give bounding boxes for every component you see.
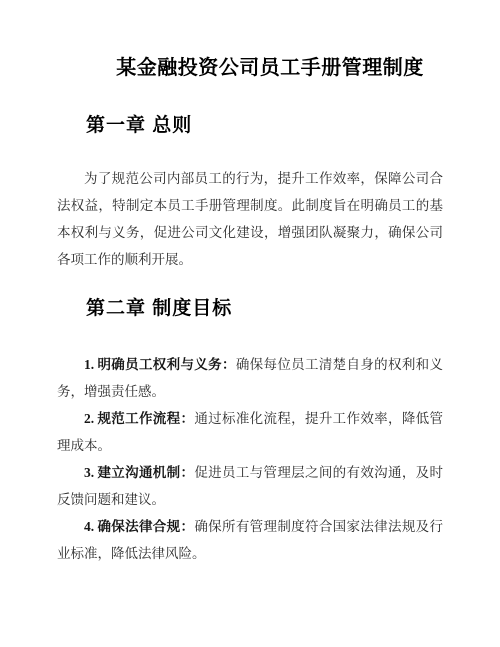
document-title: 某金融投资公司员工手册管理制度	[57, 56, 443, 80]
goal-list: 1.明确员工权利与义务：确保每位员工清楚自身的权利和义务，增强责任感。 2.规范…	[57, 351, 443, 567]
goal-item-4: 4.确保法律合规：确保所有管理制度符合国家法律法规及行业标准，降低法律风险。	[57, 513, 443, 567]
item-number: 1.	[84, 357, 94, 372]
goal-item-2: 2.规范工作流程：通过标准化流程，提升工作效率，降低管理成本。	[57, 405, 443, 459]
chapter-1-paragraph: 为了规范公司内部员工的行为，提升工作效率，保障公司合法权益，特制定本员工手册管理…	[57, 165, 443, 273]
chapter-heading-2: 第二章 制度目标	[57, 298, 443, 319]
item-label: 规范工作流程：	[97, 411, 194, 426]
item-number: 2.	[84, 411, 94, 426]
item-number: 4.	[84, 519, 94, 534]
item-label: 建立沟通机制：	[97, 465, 194, 480]
item-number: 3.	[84, 465, 94, 480]
goal-item-1: 1.明确员工权利与义务：确保每位员工清楚自身的权利和义务，增强责任感。	[57, 351, 443, 405]
chapter-heading-1: 第一章 总则	[57, 115, 443, 136]
item-label: 确保法律合规：	[97, 519, 194, 534]
item-label: 明确员工权利与义务：	[97, 357, 236, 372]
document-page: 某金融投资公司员工手册管理制度 第一章 总则 为了规范公司内部员工的行为，提升工…	[0, 0, 500, 647]
goal-item-3: 3.建立沟通机制：促进员工与管理层之间的有效沟通，及时反馈问题和建议。	[57, 459, 443, 513]
